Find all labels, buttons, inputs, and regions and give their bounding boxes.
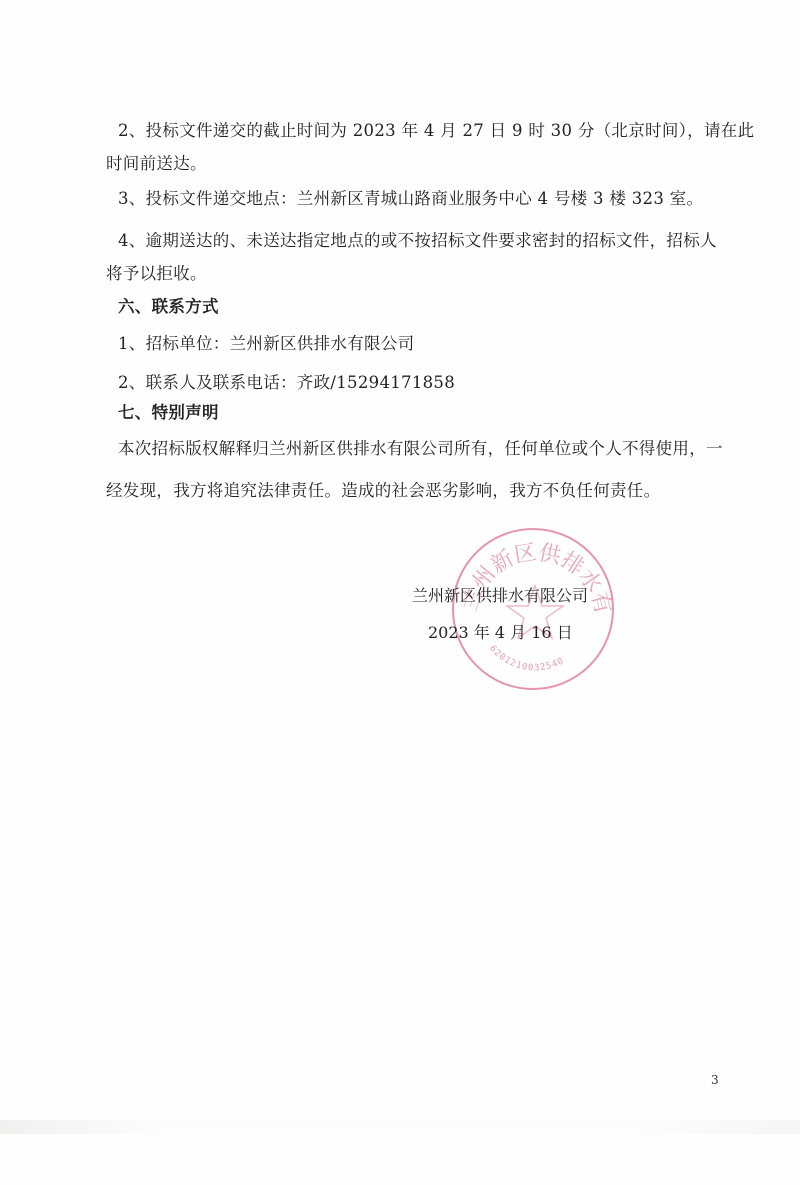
statement-line-1: 本次招标版权解释归兰州新区供排水有限公司所有，任何单位或个人不得使用，一 (118, 439, 723, 459)
scan-edge-artifact (0, 1120, 800, 1134)
paragraph-deadline: 2、投标文件递交的截止时间为 2023 年 4 月 27 日 9 时 30 分（… (118, 121, 754, 141)
section-heading-contact: 六、联系方式 (118, 297, 219, 317)
page-number: 3 (711, 1073, 719, 1087)
paragraph-deadline-cont: 时间前送达。 (106, 154, 207, 174)
seal-star-icon: 兰州新区供排水有限公司 6201210032540 (454, 530, 616, 692)
document-page: 2、投标文件递交的截止时间为 2023 年 4 月 27 日 9 时 30 分（… (0, 0, 800, 1185)
svg-text:6201210032540: 6201210032540 (487, 644, 566, 674)
contact-person-phone: 2、联系人及联系电话：齐政/15294171858 (118, 373, 455, 393)
paragraph-rejection-cont: 将予以拒收。 (106, 264, 207, 284)
company-seal-stamp: 兰州新区供排水有限公司 6201210032540 (452, 528, 614, 690)
contact-bidder: 1、招标单位：兰州新区供排水有限公司 (118, 334, 414, 354)
signature-company: 兰州新区供排水有限公司 (412, 586, 588, 606)
paragraph-location: 3、投标文件递交地点：兰州新区青城山路商业服务中心 4 号楼 3 楼 323 室… (118, 189, 703, 209)
signature-date: 2023 年 4 月 16 日 (428, 623, 573, 643)
statement-line-2: 经发现，我方将追究法律责任。造成的社会恶劣影响，我方不负任何责任。 (106, 481, 660, 501)
paragraph-rejection: 4、逾期送达的、未送达指定地点的或不按招标文件要求密封的招标文件，招标人 (118, 231, 717, 251)
section-heading-statement: 七、特别声明 (118, 403, 219, 423)
